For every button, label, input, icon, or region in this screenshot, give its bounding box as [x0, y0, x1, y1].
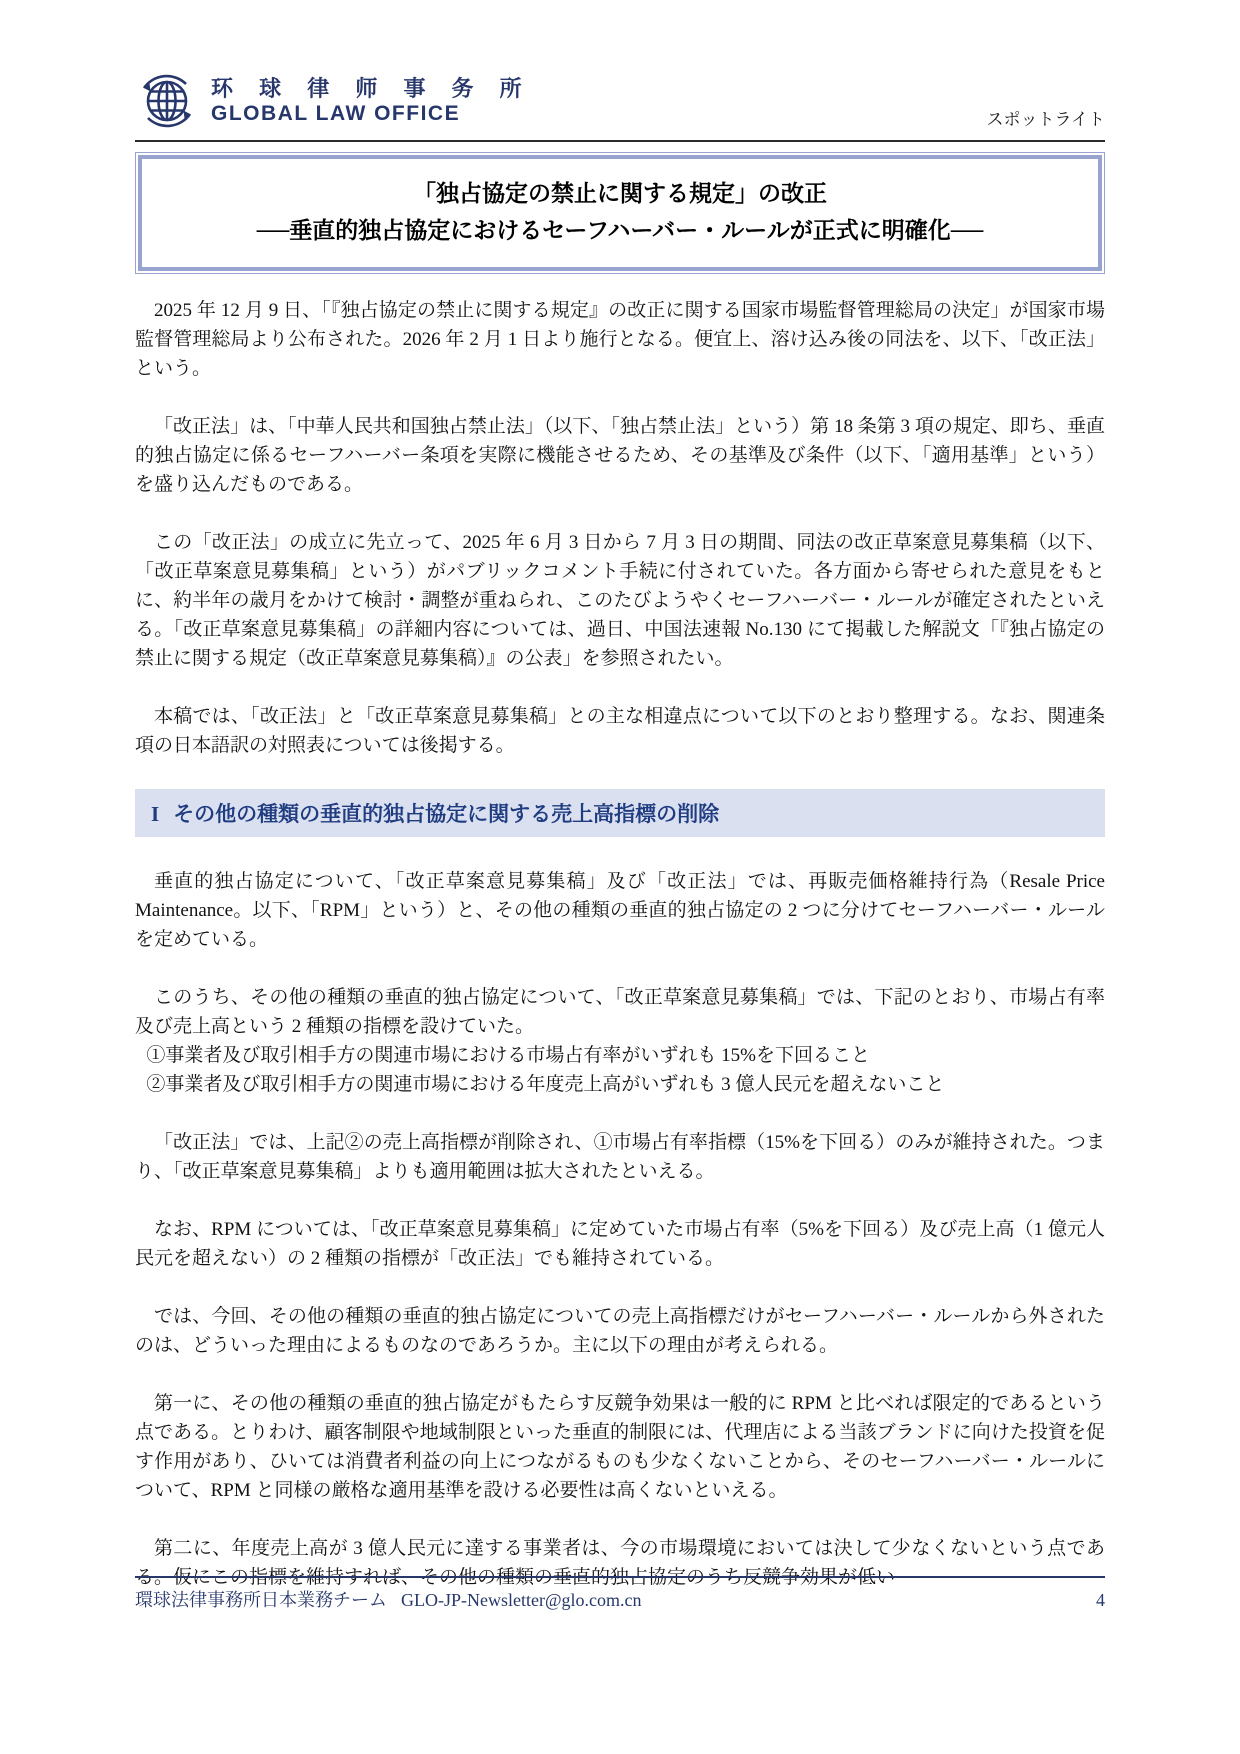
paragraph: では、今回、その他の種類の垂直的独占協定についての売上高指標だけがセーフハーバー…: [135, 1302, 1105, 1360]
paragraph: 第一に、その他の種類の垂直的独占協定がもたらす反競争効果は一般的に RPM と比…: [135, 1389, 1105, 1505]
footer-email: GLO-JP-Newsletter@glo.com.cn: [401, 1590, 642, 1611]
brand-logo: 环 球 律 师 事 务 所 GLOBAL LAW OFFICE: [135, 70, 532, 132]
brand-name-cn: 环 球 律 师 事 务 所: [211, 77, 532, 102]
paragraph: この「改正法」の成立に先立って、2025 年 6 月 3 日から 7 月 3 日…: [135, 528, 1105, 673]
footer-team-name: 環球法律事務所日本業務チーム: [135, 1586, 387, 1612]
section-1-heading: Iその他の種類の垂直的独占協定に関する売上高指標の削除: [135, 789, 1105, 837]
footer-divider: [135, 1576, 1105, 1578]
paragraph: 「改正法」では、上記②の売上高指標が削除され、①市場占有率指標（15%を下回る）…: [135, 1128, 1105, 1186]
paragraph: なお、RPM については、「改正草案意見募集稿」に定めていた市場占有率（5%を下…: [135, 1215, 1105, 1273]
paragraph: 垂直的独占協定について、「改正草案意見募集稿」及び「改正法」では、再販売価格維持…: [135, 867, 1105, 954]
paragraph: このうち、その他の種類の垂直的独占協定について、「改正草案意見募集稿」では、下記…: [135, 983, 1105, 1041]
newsletter-section-label: スポットライト: [987, 105, 1106, 132]
article-title-box: 「独占協定の禁止に関する規定」の改正 ──垂直的独占協定におけるセーフハーバー・…: [135, 152, 1105, 274]
header-divider: [135, 140, 1105, 142]
section-1-numeral: I: [151, 802, 159, 826]
globe-icon: [135, 70, 199, 132]
paragraph: 2025 年 12 月 9 日、「『独占協定の禁止に関する規定』の改正に関する国…: [135, 296, 1105, 383]
criteria-list: ①事業者及び取引相手方の関連市場における市場占有率がいずれも 15%を下回ること…: [135, 1041, 1105, 1099]
article-body: 2025 年 12 月 9 日、「『独占協定の禁止に関する規定』の改正に関する国…: [135, 296, 1105, 1592]
document-page: 环 球 律 师 事 务 所 GLOBAL LAW OFFICE スポットライト …: [0, 0, 1240, 1754]
page-footer: 環球法律事務所日本業務チーム GLO-JP-Newsletter@glo.com…: [135, 1576, 1105, 1612]
page-number: 4: [1096, 1590, 1105, 1611]
brand-name-en: GLOBAL LAW OFFICE: [211, 102, 532, 126]
page-header: 环 球 律 师 事 务 所 GLOBAL LAW OFFICE スポットライト: [135, 70, 1105, 140]
list-item: ②事業者及び取引相手方の関連市場における年度売上高がいずれも 3 億人民元を超え…: [135, 1070, 1105, 1099]
list-item: ①事業者及び取引相手方の関連市場における市場占有率がいずれも 15%を下回ること: [135, 1041, 1105, 1070]
article-title-line2: ──垂直的独占協定におけるセーフハーバー・ルールが正式に明確化──: [152, 212, 1088, 249]
paragraph: 「改正法」は、「中華人民共和国独占禁止法」（以下、「独占禁止法」という）第 18…: [135, 412, 1105, 499]
section-1-title: その他の種類の垂直的独占協定に関する売上高指標の削除: [173, 803, 719, 826]
article-title-line1: 「独占協定の禁止に関する規定」の改正: [152, 175, 1088, 212]
paragraph: 本稿では、「改正法」と「改正草案意見募集稿」との主な相違点について以下のとおり整…: [135, 702, 1105, 760]
brand-text: 环 球 律 师 事 务 所 GLOBAL LAW OFFICE: [211, 77, 532, 125]
